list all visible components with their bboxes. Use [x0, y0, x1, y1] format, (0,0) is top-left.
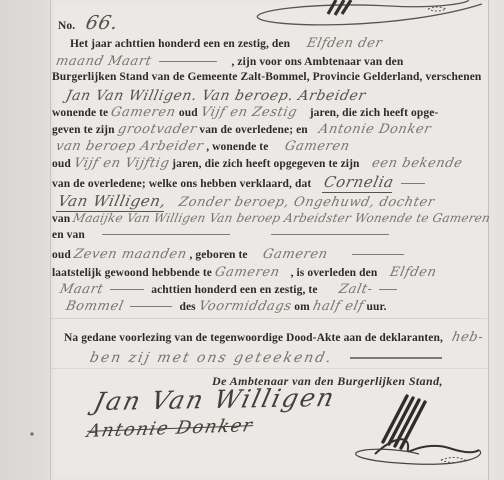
blank-rule: [352, 253, 404, 255]
section-divider: [51, 368, 487, 369]
printed-text: , is overleden den: [291, 267, 378, 279]
printed-text: , zijn voor ons Ambtenaar van den: [231, 56, 403, 68]
form-line-declarant2-details: van beroep Arbeider , wonende te Gameren: [56, 139, 350, 154]
form-line-mother: van Maaijke Van Willigen Van beroep Arbe…: [52, 211, 490, 225]
printed-text: van de overledene; en: [199, 124, 307, 136]
form-line-death-date: Maart achttien honderd een en zestig, te…: [60, 282, 401, 297]
handwritten-residence: Gameren: [110, 105, 178, 120]
handwritten-age: Vijf en Zestig: [199, 105, 298, 120]
record-number-value: 66.: [84, 12, 121, 34]
section-divider: [51, 318, 487, 319]
handwritten-closing: heb-: [450, 330, 484, 345]
handwritten-residence: Gameren: [284, 139, 352, 154]
ink-speck: [28, 430, 38, 440]
handwritten-declarant1: Jan Van Willigen. Van beroep. Arbeider: [64, 88, 367, 104]
handwritten-deceased-surname: Van Willigen,: [56, 192, 168, 212]
blank-rule: [271, 233, 389, 235]
handwritten-closing2: ben zij met ons geteekend.: [88, 350, 334, 366]
officer-signature-flourish: [345, 392, 495, 472]
record-number-line: No. 66.: [58, 12, 118, 34]
form-line-deceased-age: oud Zeven maanden , geboren te Gameren: [52, 247, 408, 262]
form-line-year: Het jaar achttien honderd een en zestig,…: [70, 36, 382, 51]
record-number-label: No.: [58, 20, 75, 32]
form-line-declarant2-age: oud Vijf en Vijftig jaren, die zich heef…: [52, 156, 463, 171]
blank-rule: [110, 288, 144, 290]
printed-text: des: [179, 301, 195, 313]
form-line-death-time: Bommel des Voormiddags om half elf uur.: [66, 299, 387, 314]
form-line-closing2: ben zij met ons geteekend.: [90, 350, 446, 366]
scanned-death-certificate: No. 66. Het jaar achttien honderd een en…: [0, 0, 504, 480]
printed-text: oud: [52, 158, 71, 170]
blank-rule: [379, 288, 397, 290]
handwritten-deceased-firstname: Cornelia: [322, 173, 396, 193]
handwritten-occupation: van beroep Arbeider: [54, 139, 204, 154]
handwritten-age: Zeven maanden: [72, 247, 188, 262]
handwritten-age: Vijf en Vijftig: [72, 156, 171, 171]
form-line-father: en van: [52, 229, 393, 241]
form-line-declarant1-details: wonende te Gameren oud Vijf en Zestig ja…: [52, 105, 438, 120]
handwritten-hour: half elf: [311, 299, 365, 314]
handwritten-birthplace: Gameren: [261, 247, 329, 262]
printed-text: Het jaar achttien honderd een en zestig,…: [70, 38, 290, 50]
form-line-deceased-name: Van Willigen, Zonder beroep, Ongehuwd, d…: [58, 192, 434, 212]
handwritten-deceased-status: Zonder beroep, Ongehuwd, dochter: [177, 195, 436, 210]
handwritten-mother: Maaijke Van Willigen Van beroep Arbeidst…: [72, 211, 492, 225]
handwritten-declarant2: Antonie Donker: [317, 122, 432, 137]
printed-text: en van: [52, 229, 85, 241]
form-line-municipality: Burgerlijken Stand van de Gemeente Zalt-…: [52, 71, 481, 83]
handwritten-death-place: Zalt-: [337, 282, 374, 297]
handwritten-daypart: Voormiddags: [197, 299, 293, 314]
handwritten-death-month: Maart: [58, 282, 104, 297]
form-line-relation1: geven te zijn grootvader van de overlede…: [52, 122, 431, 137]
form-line-closing1: Na gedane voorlezing van de tegenwoordig…: [64, 330, 483, 345]
printed-text: laatstelijk gewoond hebbende te: [52, 267, 212, 279]
form-line-deceased-intro: van de overledene; welke ons hebben verk…: [52, 173, 429, 193]
printed-text: om: [294, 301, 310, 313]
printed-text: , geboren te: [189, 249, 247, 261]
blank-rule: [102, 233, 230, 235]
printed-text: Burgerlijken Stand van de Gemeente Zalt-…: [52, 71, 481, 83]
printed-text: van de overledene; welke ons hebben verk…: [52, 178, 311, 190]
handwritten-death-place2: Bommel: [64, 299, 125, 314]
printed-text: oud: [52, 249, 71, 261]
printed-text: wonende te: [52, 107, 108, 119]
printed-text: oud: [179, 107, 198, 119]
handwritten-relation: grootvader: [116, 122, 198, 137]
printed-text: uur.: [366, 301, 386, 313]
handwritten-date-day: Elfden der: [305, 36, 383, 51]
blank-rule: [350, 356, 442, 359]
blank-rule: [159, 60, 217, 62]
handwritten-death-day: Elfden: [389, 265, 439, 280]
printed-text: van: [52, 213, 70, 225]
printed-text: jaren, die zich heeft opge-: [310, 107, 439, 119]
printed-text: geven te zijn: [52, 124, 115, 136]
printed-text: jaren, die zich heeft opgegeven te zijn: [172, 158, 359, 170]
handwritten-residence: Gameren: [213, 265, 281, 280]
form-line-last-residence: laatstelijk gewoond hebbende te Gameren …: [52, 265, 437, 280]
printed-text: Na gedane voorlezing van de tegenwoordig…: [64, 332, 443, 344]
form-line-declarant1-name: Jan Van Willigen. Van beroep. Arbeider: [66, 88, 366, 104]
blank-rule: [130, 305, 172, 307]
handwritten-month: maand Maart: [54, 54, 153, 69]
top-signature-flourish: [250, 0, 490, 30]
handwritten-relation: een bekende: [371, 156, 465, 171]
signature-declarant1: Jan Van Willigen: [91, 383, 339, 416]
printed-text: achttien honderd een en zestig, te: [151, 284, 317, 296]
printed-text: , wonende te: [206, 141, 268, 153]
form-line-month: maand Maart , zijn voor ons Ambtenaar va…: [56, 54, 403, 69]
